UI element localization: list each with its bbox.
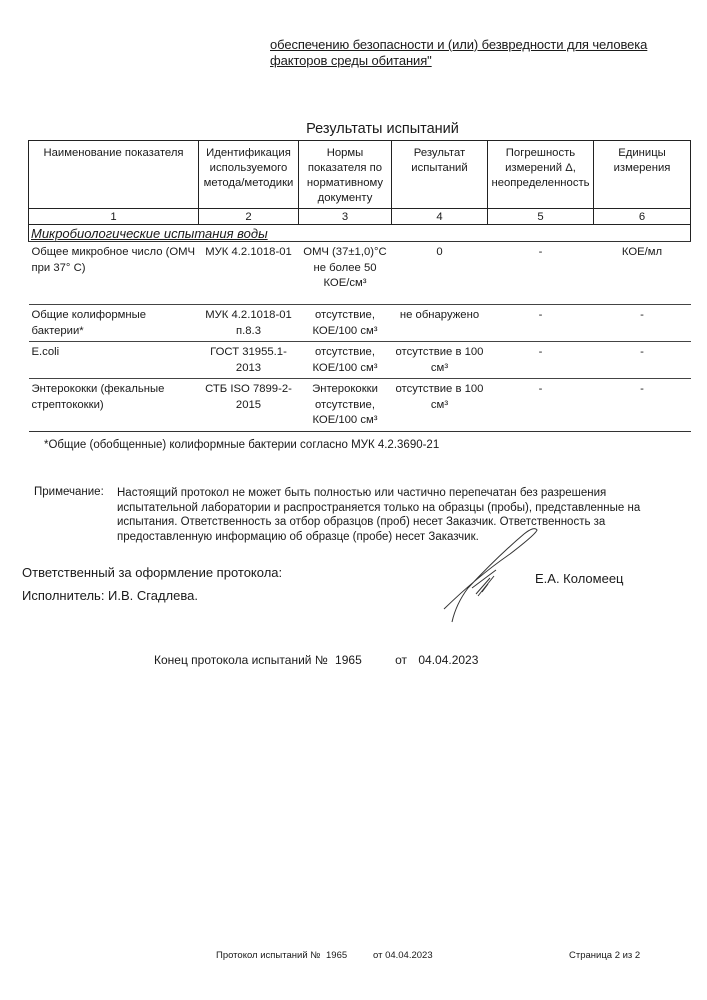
responsible-name: Е.А. Коломеец (535, 571, 624, 586)
note-label: Примечание: (34, 486, 104, 498)
table-row: Общее микробное число (ОМЧ при 37° С) МУ… (29, 242, 691, 305)
cell-method: СТБ ISO 7899-2-2015 (199, 379, 299, 432)
cell-unit: - (594, 342, 691, 379)
section-row: Микробиологические испытания воды (29, 225, 691, 242)
header-line-2: факторов среды обитания" (270, 53, 432, 68)
cell-error: - (488, 379, 594, 432)
column-header: Нормы показателя по нормативному докумен… (299, 141, 392, 209)
cell-method: МУК 4.2.1018-01 п.8.3 (199, 305, 299, 342)
cell-unit: КОЕ/мл (594, 242, 691, 305)
cell-result: отсутствие в 100 см³ (392, 342, 488, 379)
cell-error: - (488, 342, 594, 379)
column-header: Единицы измерения (594, 141, 691, 209)
table-row: E.coli ГОСТ 31955.1-2013 отсутствие, КОЕ… (29, 342, 691, 379)
cell-unit: - (594, 379, 691, 432)
cell-result: отсутствие в 100 см³ (392, 379, 488, 432)
table-header-row: Наименование показателя Идентификация ис… (29, 141, 691, 209)
table-footnote: *Общие (обобщенные) колиформные бактерии… (44, 439, 439, 451)
header-line-1: обеспечению безопасности и (или) безвред… (270, 37, 647, 52)
note-text: Настоящий протокол не может быть полност… (117, 486, 677, 544)
executor-line: Исполнитель: И.В. Сгадлева. (22, 588, 198, 603)
footer-protocol-number: 1965 (326, 950, 347, 961)
section-title: Микробиологические испытания воды (29, 225, 691, 242)
results-table: Наименование показателя Идентификация ис… (28, 140, 690, 432)
cell-method: МУК 4.2.1018-01 (199, 242, 299, 305)
column-header: Результат испытаний (392, 141, 488, 209)
cell-unit: - (594, 305, 691, 342)
column-number: 3 (299, 209, 392, 225)
cell-norm: Энтерококки отсутствие, КОЕ/100 см³ (299, 379, 392, 432)
footer-protocol-label: Протокол испытаний № (216, 950, 320, 961)
column-number: 6 (594, 209, 691, 225)
cell-error: - (488, 242, 594, 305)
from-label: от (395, 653, 407, 667)
column-header: Наименование показателя (29, 141, 199, 209)
cell-result: не обнаружено (392, 305, 488, 342)
footer-protocol-date: от 04.04.2023 (373, 950, 433, 961)
cell-name: Энтерококки (фекальные стрептококки) (29, 379, 199, 432)
cell-norm: ОМЧ (37±1,0)°С не более 50 КОЕ/см³ (299, 242, 392, 305)
column-header: Погрешность измерений Δ, неопределенност… (488, 141, 594, 209)
column-number: 1 (29, 209, 199, 225)
cell-result: 0 (392, 242, 488, 305)
cell-error: - (488, 305, 594, 342)
responsible-label: Ответственный за оформление протокола: (22, 565, 282, 580)
cell-name: E.coli (29, 342, 199, 379)
cell-method: ГОСТ 31955.1-2013 (199, 342, 299, 379)
column-number: 5 (488, 209, 594, 225)
page-number: Страница 2 из 2 (569, 950, 640, 961)
column-number-row: 1 2 3 4 5 6 (29, 209, 691, 225)
table-row: Энтерококки (фекальные стрептококки) СТБ… (29, 379, 691, 432)
cell-norm: отсутствие, КОЕ/100 см³ (299, 305, 392, 342)
column-number: 2 (199, 209, 299, 225)
signature-icon (438, 526, 548, 631)
protocol-number: 1965 (335, 653, 362, 667)
column-number: 4 (392, 209, 488, 225)
cell-name: Общие колиформные бактерии* (29, 305, 199, 342)
column-header: Идентификация используемого метода/метод… (199, 141, 299, 209)
end-of-protocol: Конец протокола испытаний № 1965 от 04.0… (154, 653, 478, 667)
table-row: Общие колиформные бактерии* МУК 4.2.1018… (29, 305, 691, 342)
page-title: Результаты испытаний (0, 121, 707, 137)
cell-norm: отсутствие, КОЕ/100 см³ (299, 342, 392, 379)
cell-name: Общее микробное число (ОМЧ при 37° С) (29, 242, 199, 305)
protocol-date: 04.04.2023 (418, 653, 478, 667)
end-of-protocol-label: Конец протокола испытаний № (154, 653, 328, 667)
